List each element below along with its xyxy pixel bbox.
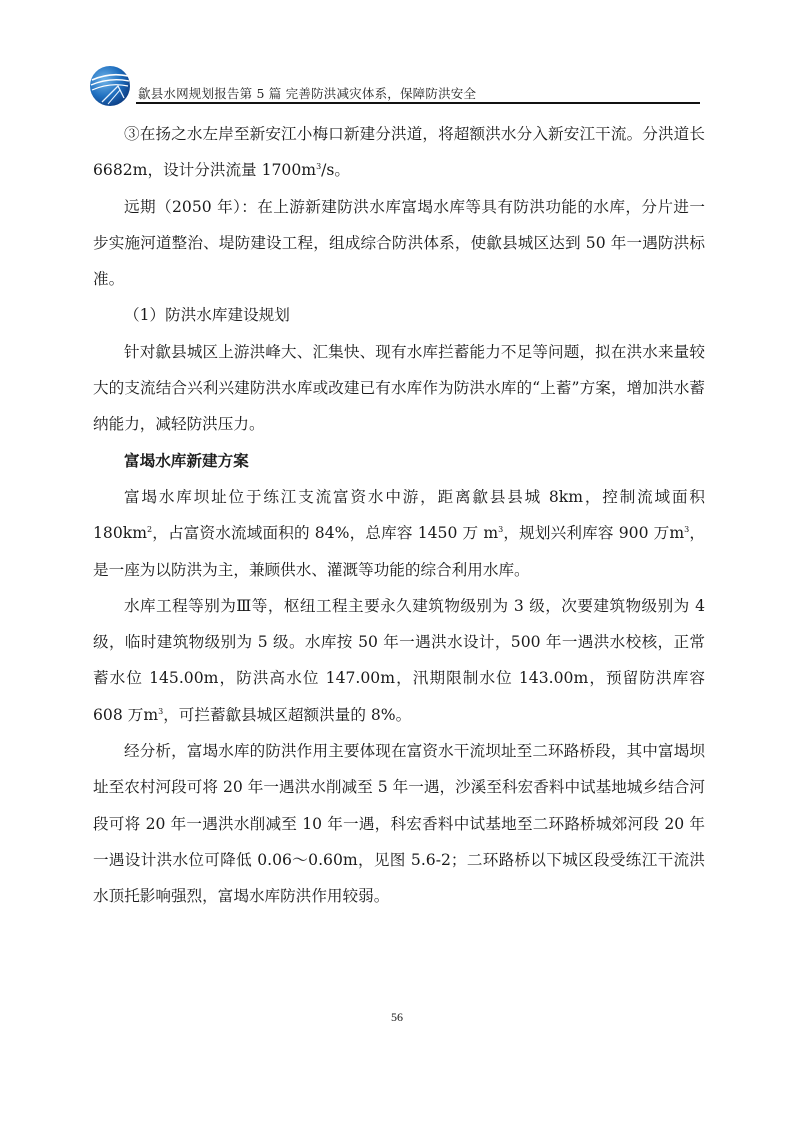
section-heading-reservoir-planning: （1）防洪水库建设规划 <box>93 297 705 333</box>
paragraph-reservoir-location: 富堨水库坝址位于练江支流富资水中游，距离歙县县城 8km，控制流域面积 180k… <box>93 479 705 588</box>
header-title: 歙县水网规划报告第 5 篇 完善防洪减灾体系，保障防洪安全 <box>138 84 476 102</box>
page-number: 56 <box>0 1010 794 1025</box>
paragraph-flood-analysis: 经分析，富堨水库的防洪作用主要体现在富资水干流坝址至二环路桥段，其中富堨坝址至农… <box>93 733 705 914</box>
water-network-logo-icon <box>88 64 134 108</box>
paragraph-engineering-grade: 水库工程等别为Ⅲ等，枢纽工程主要永久建筑物级别为 3 级，次要建筑物级别为 4 … <box>93 588 705 733</box>
header-rule <box>136 102 700 104</box>
paragraph-upstream-storage: 针对歙县城区上游洪峰大、汇集快、现有水库拦蓄能力不足等问题，拟在洪水来量较大的支… <box>93 334 705 443</box>
document-body: ③在扬之水左岸至新安江小梅口新建分洪道，将超额洪水分入新安江干流。分洪道长 66… <box>93 116 705 915</box>
page-header: 歙县水网规划报告第 5 篇 完善防洪减灾体系，保障防洪安全 <box>88 64 700 106</box>
paragraph-diversion-channel: ③在扬之水左岸至新安江小梅口新建分洪道，将超额洪水分入新安江干流。分洪道长 66… <box>93 116 705 189</box>
paragraph-long-term-plan: 远期（2050 年）：在上游新建防洪水库富堨水库等具有防洪功能的水库，分片进一步… <box>93 189 705 298</box>
subheading-fuye-reservoir: 富堨水库新建方案 <box>93 443 705 479</box>
